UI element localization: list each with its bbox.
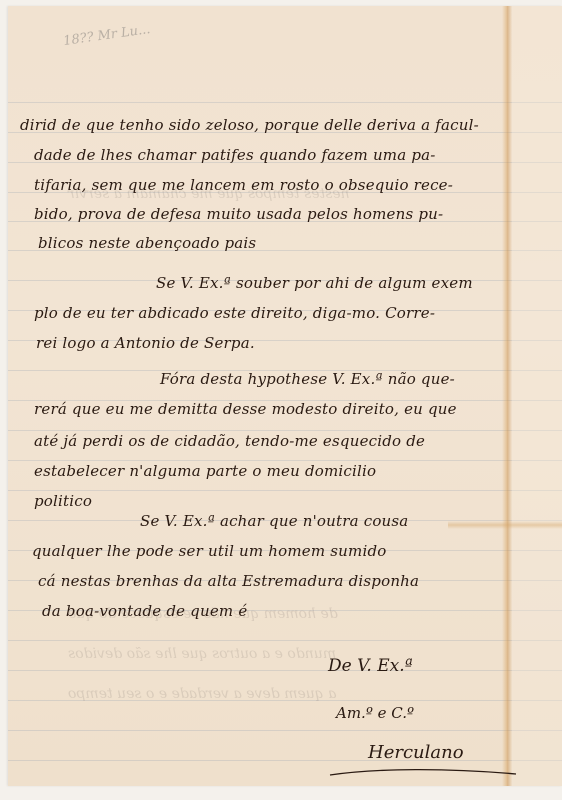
closing-attest: Am.º e C.º [336, 704, 414, 722]
ruled-line [8, 640, 562, 641]
text-line: Se V. Ex.ª souber por ahi de algum exem [156, 274, 473, 292]
text-line: até já perdi os de cidadão, tendo-me esq… [34, 432, 425, 450]
horizontal-fold-crease [448, 521, 562, 529]
text-line: rei logo a Antonio de Serpa. [36, 334, 255, 352]
signature-flourish [328, 766, 518, 778]
text-line: bido, prova de defesa muito usada pelos … [34, 205, 443, 223]
text-line: dirid de que tenho sido zeloso, porque d… [20, 116, 479, 134]
text-line: politico [34, 492, 92, 510]
closing-salutation: De V. Ex.ª [328, 656, 413, 676]
text-line: plo de eu ter abdicado este direito, dig… [34, 304, 435, 322]
text-line: Se V. Ex.ª achar que n'outra cousa [140, 512, 408, 530]
text-line: da boa-vontade de quem é [42, 602, 247, 620]
ruled-line [8, 760, 562, 761]
ruled-line [8, 730, 562, 731]
ruled-line [8, 430, 562, 431]
text-line: cá nestas brenhas da alta Estremadura di… [38, 572, 419, 590]
signature: Herculano [368, 742, 464, 763]
ruled-line [8, 670, 562, 671]
text-line: rerá que eu me demitta desse modesto dir… [34, 400, 457, 418]
text-line: tifaria, sem que me lancem em rosto o ob… [34, 176, 453, 194]
text-line: qualquer lhe pode ser util um homem sumi… [32, 542, 386, 560]
letter-page: nestes tempos que me chamam a servir de … [8, 6, 562, 786]
text-line: estabelecer n'alguma parte o meu domicil… [34, 462, 376, 480]
text-line: blicos neste abençoado pais [38, 234, 256, 252]
ruled-line [8, 460, 562, 461]
ruled-line [8, 102, 562, 103]
ruled-line [8, 490, 562, 491]
bleed-through-text: mundo e a outros que lhe são devidos [68, 646, 336, 662]
page-right-margin [512, 6, 562, 786]
pencil-annotation: 18?? Mr Lu... [62, 22, 151, 49]
text-line: dade de lhes chamar patifes quando fazem… [34, 146, 436, 164]
bleed-through-text: a quem deve a verdade e o seu tempo [68, 686, 337, 702]
text-line: Fóra desta hypothese V. Ex.ª não que- [160, 370, 455, 388]
vertical-fold-crease [502, 6, 512, 786]
